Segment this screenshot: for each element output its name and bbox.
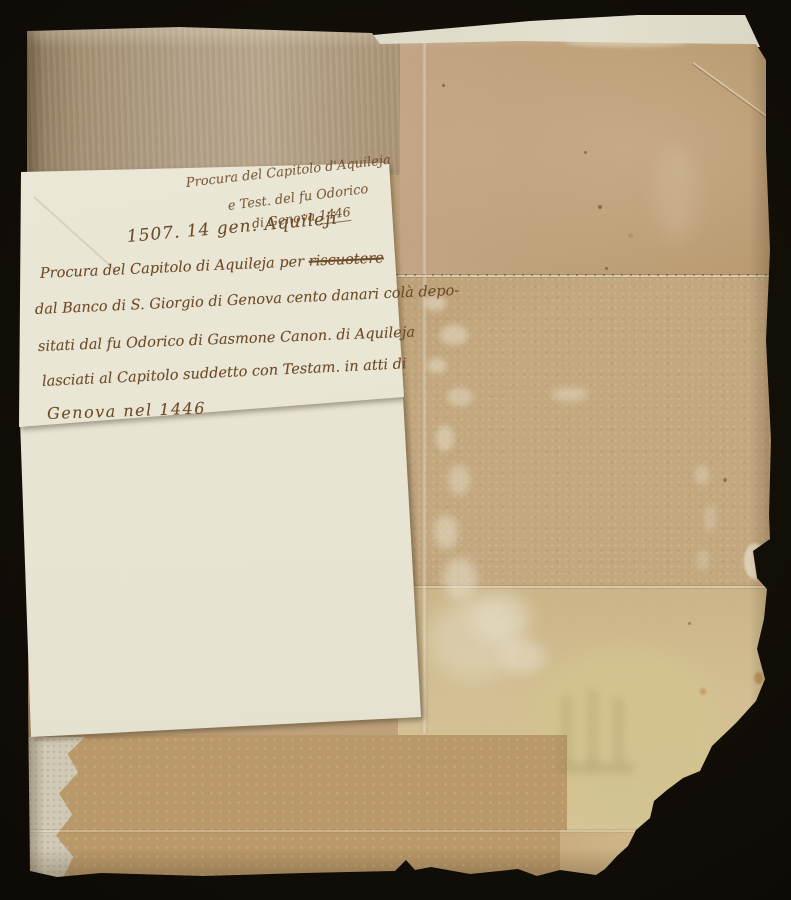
- note-paper-upper: [0, 0, 791, 900]
- struck-word: riscuotere: [308, 250, 384, 269]
- archival-photo: Procura del Capitolo d'Aquileja e Test. …: [0, 0, 791, 900]
- attached-note-upper-sheet: [0, 0, 791, 900]
